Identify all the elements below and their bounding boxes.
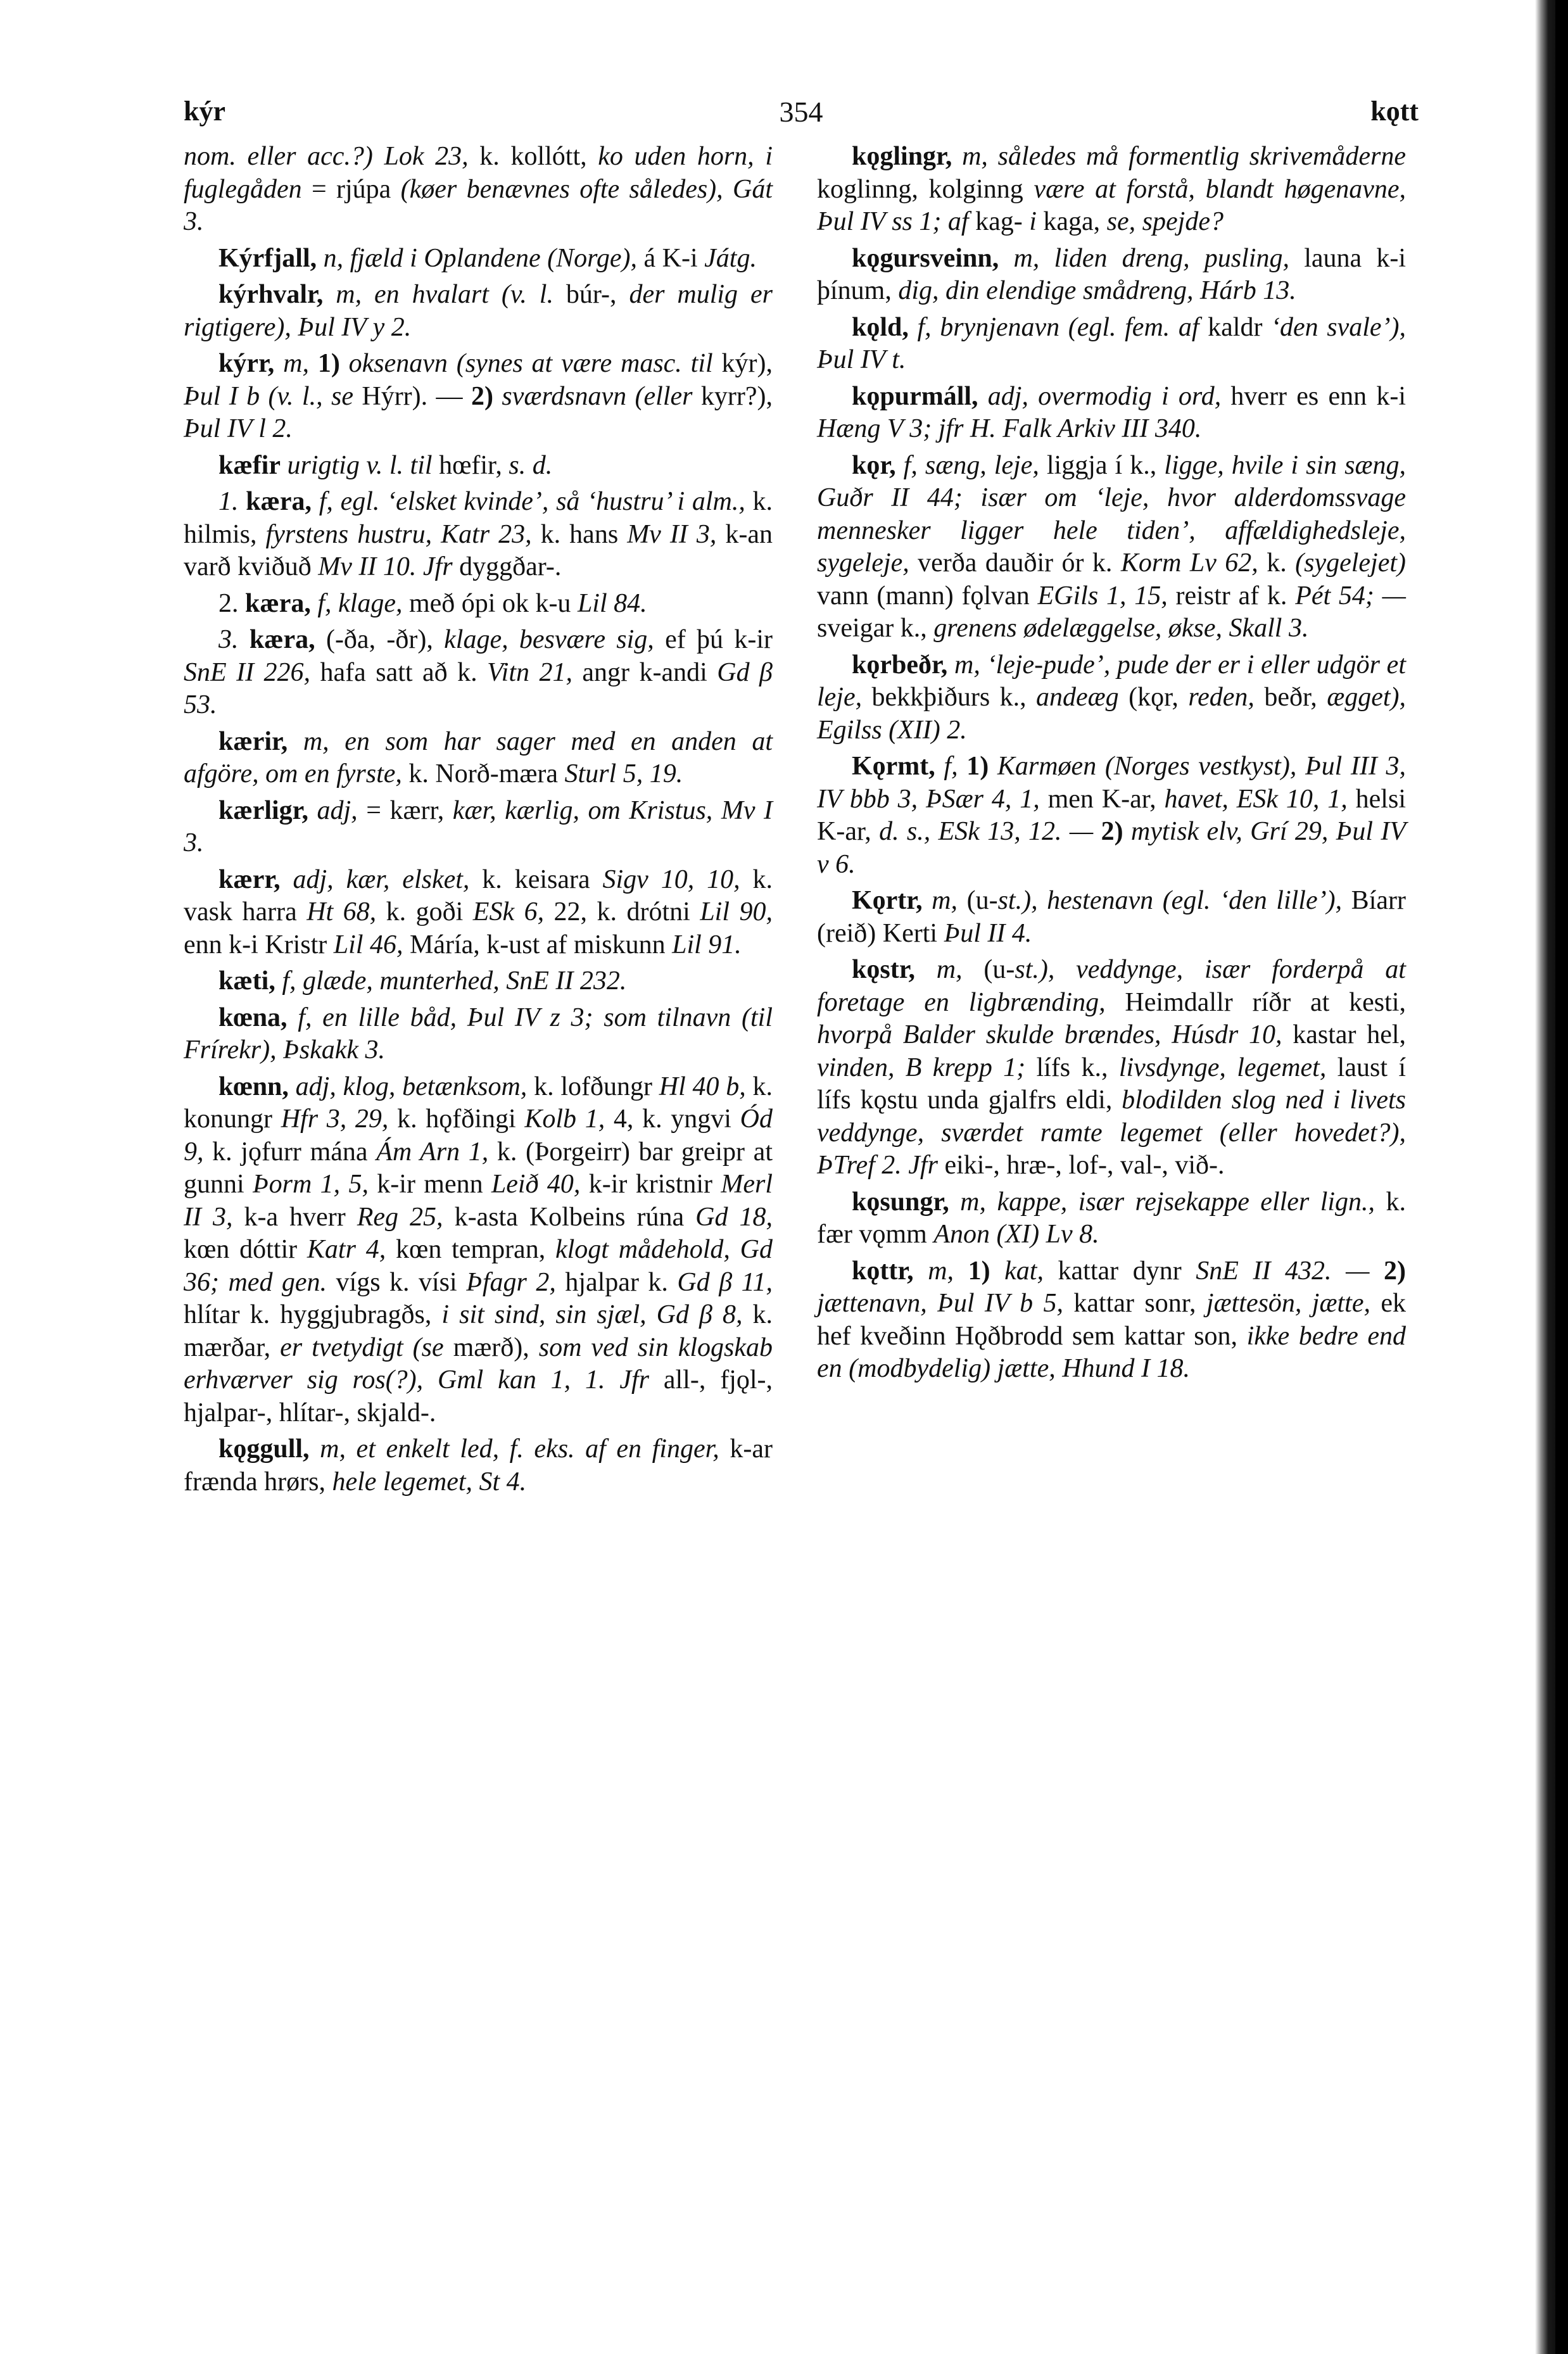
gloss-italic: 3. xyxy=(218,625,250,654)
dictionary-entry: kærir, m, en som har sager med en anden … xyxy=(184,726,773,791)
gloss-italic: m, kappe, især rejsekappe eller lign., xyxy=(949,1187,1375,1217)
gloss-italic: Þul IV l 2. xyxy=(184,414,293,443)
citation-text: á K-i xyxy=(637,244,704,273)
headword: kǫr, xyxy=(852,451,896,480)
citation-text: k. kollótt, xyxy=(469,142,598,171)
dictionary-entry: kǫggull, m, et enkelt led, f. eks. af en… xyxy=(184,1433,773,1498)
citation-text: Heimdallr ríðr at kesti, xyxy=(1106,988,1406,1017)
citation-text: kaga, xyxy=(1037,207,1107,236)
left-column: nom. eller acc.?) Lok 23, k. kollótt, ko… xyxy=(184,141,773,1502)
headword: kœna, xyxy=(218,1003,288,1032)
gloss-italic: Anon (XI) Lv 8. xyxy=(933,1220,1099,1249)
dictionary-entry: Kýrfjall, n, fjæld i Oplandene (Norge), … xyxy=(184,243,773,275)
citation-text: k-a hverr xyxy=(232,1203,357,1232)
dictionary-entry: kǫr, f, sæng, leje, liggja í k., ligge, … xyxy=(817,450,1406,645)
dictionary-entry: kýrr, m, 1) oksenavn (synes at være masc… xyxy=(184,348,773,446)
gloss-italic: f, xyxy=(935,752,966,781)
dictionary-entry: kǫgursveinn, m, liden dreng, pusling, la… xyxy=(817,243,1406,308)
headword: kǫttr, xyxy=(852,1256,914,1286)
citation-text: hjalpar k. xyxy=(556,1268,678,1297)
citation-text: = rjúpa xyxy=(302,175,401,204)
gloss-italic: ESk 6, xyxy=(473,897,544,927)
headword: 1) xyxy=(966,752,989,781)
citation-text: angr k-andi xyxy=(572,658,717,687)
dictionary-entry: 1. kæra, f, egl. ‘elsket kvinde’, så ‘hu… xyxy=(184,486,773,584)
headword: kýrr, xyxy=(218,349,274,378)
dictionary-entry: kærligr, adj, = kærr, kær, kærlig, om Kr… xyxy=(184,795,773,860)
headword: kǫggull, xyxy=(218,1434,310,1464)
gloss-italic: havet, ESk 10, 1, xyxy=(1164,785,1347,814)
headword: kǫstr, xyxy=(852,955,915,984)
citation-text: hafa satt að k. xyxy=(310,658,487,687)
gloss-italic: SnE II 226, xyxy=(184,658,310,687)
gloss-italic: Þul II 4. xyxy=(944,919,1032,948)
gloss-italic: reden, xyxy=(1188,683,1255,712)
gloss-italic: er tvetydigt (se xyxy=(280,1333,444,1362)
headword: kærr, xyxy=(218,865,281,894)
citation-text: búr-, xyxy=(553,280,629,309)
gloss-italic: m, xyxy=(274,349,318,378)
headword: kærligr, xyxy=(218,796,308,825)
headword: kærir, xyxy=(218,727,288,756)
citation-text: kag- xyxy=(969,207,1030,236)
right-column: kǫglingr, m, således må formentlig skriv… xyxy=(817,141,1406,1389)
citation-text: beðr, xyxy=(1255,683,1327,712)
dictionary-entry: kǫstr, m, (u-st.), veddynge, især forder… xyxy=(817,954,1406,1182)
citation-text: k. Norð-mæra xyxy=(402,759,565,788)
citation-text: k. lofðungr xyxy=(527,1072,659,1101)
citation-text: kastar hel, xyxy=(1282,1020,1407,1049)
citation-text: k. keisara xyxy=(469,865,602,894)
headword: kǫgursveinn, xyxy=(852,244,999,273)
headword: kǫglingr, xyxy=(852,142,952,171)
headword: kǫsungr, xyxy=(852,1187,949,1217)
gloss-italic: se, spejde? xyxy=(1107,207,1223,236)
gloss-italic: Mv II 3, xyxy=(627,520,716,549)
citation-text: k-ir kristnir xyxy=(580,1170,721,1199)
citation-text: reistr af k. xyxy=(1168,581,1295,611)
gloss-italic: oksenavn (synes at være masc. til xyxy=(340,349,713,378)
gloss-italic: klage, besvære sig, xyxy=(444,625,654,654)
citation-text: vígs k. vísi xyxy=(327,1268,466,1297)
headword: kæti, xyxy=(218,966,275,996)
citation-text: k. xyxy=(1258,548,1295,578)
gloss-italic: fyrstens hustru, Katr 23, xyxy=(266,520,532,549)
headword: kýrhvalr, xyxy=(218,280,323,309)
gloss-italic: hele legemet, St 4. xyxy=(332,1467,526,1497)
headword: kæra, xyxy=(250,625,315,654)
gloss-italic: vinden, B krepp 1; xyxy=(817,1053,1025,1082)
gloss-italic: jættesön, jætte, xyxy=(1206,1289,1370,1318)
citation-text: 4, k. yngvi xyxy=(605,1104,740,1134)
headword: 1) xyxy=(968,1256,990,1286)
entry-continuation: nom. eller acc.?) Lok 23, k. kollótt, ko… xyxy=(184,141,773,239)
headword: Kǫrtr, xyxy=(852,886,923,915)
gloss-italic: (sygelejet) xyxy=(1295,548,1406,578)
gloss-italic: Þorm 1, 5, xyxy=(253,1170,369,1199)
gloss-italic: EGils 1, 15, xyxy=(1038,581,1168,611)
gloss-italic: Kolb 1, xyxy=(524,1104,605,1134)
gloss-italic: m, således må formentlig skrivemåderne xyxy=(952,142,1406,171)
citation-text: hlítar k. hyggjubragðs, xyxy=(184,1300,441,1329)
citation-text: lífs k., xyxy=(1025,1053,1119,1082)
citation-text: 2. xyxy=(218,589,245,618)
gloss-italic: Þfagr 2, xyxy=(466,1268,556,1297)
citation-text: kattar dynr xyxy=(1044,1256,1196,1286)
dictionary-entry: kǫld, f, brynjenavn (egl. fem. af kaldr … xyxy=(817,312,1406,377)
gloss-italic: Pét 54; — xyxy=(1295,581,1406,611)
gloss-italic: i sit sind, sin sjæl, Gd β 8, xyxy=(441,1300,742,1329)
headword: 2) xyxy=(1101,817,1123,846)
citation-text: men K-ar, xyxy=(1040,785,1165,814)
headword: kæra, xyxy=(245,589,311,618)
gloss-italic: Lil 84. xyxy=(578,589,647,618)
gloss-italic: andeæg xyxy=(1036,683,1119,712)
dictionary-entry: kǫsungr, m, kappe, især rejsekappe eller… xyxy=(817,1186,1406,1251)
citation-text: verða dauðir ór k. xyxy=(909,548,1121,578)
dictionary-entry: Kǫrtr, m, (u-st.), hestenavn (egl. ‘den … xyxy=(817,885,1406,950)
gloss-italic: Gd β 11, xyxy=(677,1268,773,1297)
headword: kǫrbeðr, xyxy=(852,650,947,680)
gloss-italic: Sturl 5, 19. xyxy=(565,759,683,788)
gloss-italic: f, sæng, leje, xyxy=(896,451,1039,480)
citation-text: vann (mann) fǫlvan xyxy=(817,581,1038,611)
dictionary-entry: kœna, f, en lille båd, Þul IV z 3; som t… xyxy=(184,1002,773,1067)
gloss-italic: kat, xyxy=(990,1256,1044,1286)
citation-text: (kǫr, xyxy=(1119,683,1189,712)
gloss-italic: Þul I b (v. l., se xyxy=(184,382,353,411)
citation-text: k. hans xyxy=(532,520,628,549)
dictionary-entry: kǫrbeðr, m, ‘leje-pude’, pude der er i e… xyxy=(817,649,1406,747)
dictionary-entry: kǫttr, m, 1) kat, kattar dynr SnE II 432… xyxy=(817,1255,1406,1386)
gloss-italic: Reg 25, xyxy=(357,1203,443,1232)
dictionary-entry: kæti, f, glæde, munterhed, SnE II 232. xyxy=(184,965,773,998)
dictionary-entry: 2. kæra, f, klage, með ópi ok k-u Lil 84… xyxy=(184,588,773,621)
gloss-italic: Korm Lv 62, xyxy=(1121,548,1258,578)
citation-text: k. goði xyxy=(376,897,473,927)
gloss-italic: i xyxy=(1029,207,1037,236)
dictionary-entry: kærr, adj, kær, elsket, k. keisara Sigv … xyxy=(184,864,773,962)
dictionary-entry: kǫglingr, m, således må formentlig skriv… xyxy=(817,141,1406,239)
citation-text: mærð), xyxy=(444,1333,539,1362)
dictionary-entry: kœnn, adj, klog, betænksom, k. lofðungr … xyxy=(184,1071,773,1430)
gloss-italic: st.), hestenavn (egl. ‘den lille’), xyxy=(998,886,1343,915)
citation-text: 22, k. drótni xyxy=(544,897,700,927)
headword: Kǫrmt, xyxy=(852,752,935,781)
gloss-italic: d. s., ESk 13, 12. — xyxy=(879,817,1101,846)
gloss-italic: adj, klog, betænksom, xyxy=(289,1072,527,1101)
gloss-italic: SnE II 432. — xyxy=(1196,1256,1384,1286)
gloss-italic: Lil 91. xyxy=(672,930,742,959)
gloss-italic: m, xyxy=(914,1256,968,1286)
gloss-italic: hvorpå Balder skulde brændes, Húsdr 10, xyxy=(817,1020,1282,1049)
citation-text: (u- xyxy=(963,955,1015,984)
gloss-italic: livsdynge, legemet, xyxy=(1119,1053,1327,1082)
headword: kǫld, xyxy=(852,313,909,342)
headword: 2) xyxy=(471,382,493,411)
citation-text: dyggðar-. xyxy=(453,552,562,581)
citation-text: kyrr?), xyxy=(692,382,773,411)
gloss-italic: Mv II 10. Jfr xyxy=(318,552,452,581)
gloss-italic: adj, xyxy=(308,796,358,825)
citation-text: k-ir menn xyxy=(369,1170,491,1199)
gloss-italic: adj, overmodig i ord, xyxy=(978,382,1222,411)
gloss-italic: jættenavn, Þul IV b 5, xyxy=(817,1289,1063,1318)
page-number: 354 xyxy=(184,95,1419,129)
headword: kæra, xyxy=(246,487,312,516)
gloss-italic: nom. eller acc.?) Lok 23, xyxy=(184,142,469,171)
citation-text: (u- xyxy=(958,886,998,915)
gloss-italic: Játg. xyxy=(704,244,757,273)
citation-text: (-ða, -ðr), xyxy=(315,625,445,654)
headword: 2) xyxy=(1384,1256,1406,1286)
dictionary-entry: 3. kæra, (-ða, -ðr), klage, besvære sig,… xyxy=(184,624,773,722)
dictionary-entry: Kǫrmt, f, 1) Karmøen (Norges vestkyst), … xyxy=(817,750,1406,881)
citation-text: bekkþiðurs k., xyxy=(862,683,1036,712)
gloss-italic: Ám Arn 1, xyxy=(376,1137,488,1167)
headword: kœnn, xyxy=(218,1072,289,1101)
headword: Kýrfjall, xyxy=(218,244,317,273)
citation-text: kaldr xyxy=(1199,313,1271,342)
citation-text: ef þú k-ir xyxy=(654,625,773,654)
gloss-italic: dig, din elendige smådreng, Hárb 13. xyxy=(898,276,1296,305)
gloss-italic: m, xyxy=(915,955,963,984)
dictionary-entry: kýrhvalr, m, en hvalart (v. l. búr-, der… xyxy=(184,279,773,344)
citation-text: kattar sonr, xyxy=(1063,1289,1206,1318)
gloss-italic: Lil 90, xyxy=(700,897,773,927)
gloss-italic: m, liden dreng, pusling, xyxy=(999,244,1289,273)
gloss-italic: n, fjæld i Oplandene (Norge), xyxy=(317,244,637,273)
headword: kæfir xyxy=(218,451,281,480)
citation-text: hverr es enn k-i xyxy=(1221,382,1406,411)
gloss-italic: sværdsnavn (eller xyxy=(493,382,693,411)
scan-dark-border xyxy=(1555,0,1568,2354)
gloss-italic: Hl 40 b, xyxy=(659,1072,746,1101)
gloss-italic: Leið 40, xyxy=(491,1170,581,1199)
gloss-italic: f, brynjenavn (egl. fem. af xyxy=(909,313,1199,342)
gloss-italic: f, klage, xyxy=(311,589,403,618)
gloss-italic: Ht 68, xyxy=(307,897,376,927)
gloss-italic: Vitn 21, xyxy=(487,658,572,687)
gloss-italic: Hfr 3, 29, xyxy=(281,1104,389,1134)
gloss-italic: 1. xyxy=(218,487,246,516)
gloss-italic: Katr 4, xyxy=(307,1235,386,1264)
gloss-italic: m, en hvalart (v. l. xyxy=(323,280,553,309)
citation-text: = kærr, xyxy=(358,796,453,825)
citation-text: sveigar k., xyxy=(817,614,933,643)
headword: kǫpurmáll, xyxy=(852,382,978,411)
gloss-italic: adj, kær, elsket, xyxy=(281,865,470,894)
gloss-italic: Hæng V 3; jfr H. Falk Arkiv III 340. xyxy=(817,414,1201,443)
running-head-last-word: kǫtt xyxy=(1370,95,1419,127)
citation-text: kœn dóttir xyxy=(184,1235,307,1264)
gloss-italic: grenens ødelæggelse, økse, Skall 3. xyxy=(933,614,1308,643)
citation-text: koglinng, kolginng xyxy=(817,175,1034,204)
running-head: kýr 354 kǫtt xyxy=(184,95,1419,139)
citation-text: kœn tempran, xyxy=(386,1235,555,1264)
gloss-italic: f, egl. ‘elsket kvinde’, så ‘hustru’ i a… xyxy=(312,487,745,516)
headword: 1) xyxy=(318,349,340,378)
gloss-italic: m, xyxy=(923,886,958,915)
gloss-italic: s. d. xyxy=(509,451,552,480)
citation-text: hœfir, xyxy=(433,451,509,480)
citation-text: enn k-i Kristr xyxy=(184,930,334,959)
citation-text: Máría, k-ust af miskunn xyxy=(403,930,673,959)
dictionary-entry: kǫpurmáll, adj, overmodig i ord, hverr e… xyxy=(817,381,1406,446)
gloss-italic: Gd 18, xyxy=(695,1203,773,1232)
citation-text: með ópi ok k-u xyxy=(402,589,577,618)
gloss-italic: Lil 46, xyxy=(334,930,403,959)
gloss-italic: m, et enkelt led, f. eks. af en finger, xyxy=(310,1434,719,1464)
citation-text: eiki-, hræ-, lof-, val-, við-. xyxy=(938,1151,1225,1180)
citation-text: kýr), xyxy=(713,349,773,378)
citation-text: k. hǫfðingi xyxy=(388,1104,524,1134)
dictionary-entry: kæfir urigtig v. l. til hœfir, s. d. xyxy=(184,450,773,483)
citation-text: Hýrr). — xyxy=(353,382,471,411)
gloss-italic: Sigv 10, 10, xyxy=(603,865,740,894)
citation-text: k. jǫfurr mána xyxy=(204,1137,377,1167)
gloss-italic: f, glæde, munterhed, SnE II 232. xyxy=(275,966,627,996)
gloss-italic: urigtig v. l. til xyxy=(281,451,433,480)
citation-text: liggja í k., xyxy=(1039,451,1164,480)
citation-text: k-asta Kolbeins rúna xyxy=(443,1203,696,1232)
